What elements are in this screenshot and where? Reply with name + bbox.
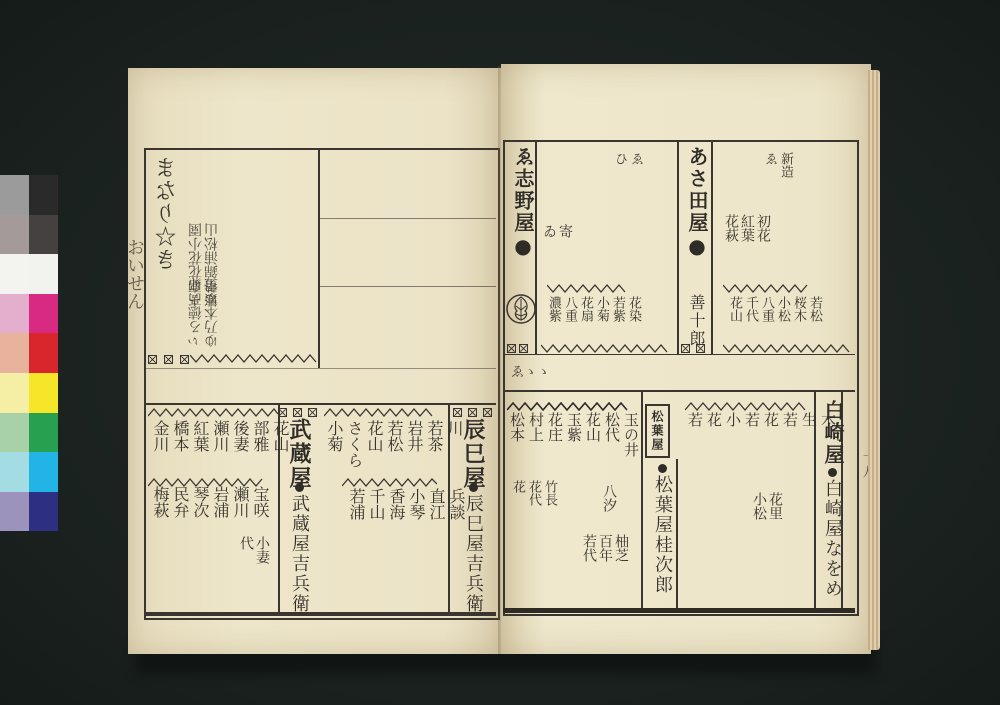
color-patch [29,175,58,215]
color-patch [0,492,29,532]
house-name-shirasakiya: 白崎屋 [819,400,848,466]
upper-house-name: あさ田屋● [683,146,712,260]
color-patch [0,254,29,294]
x-box-ornament [278,408,287,417]
color-patch [29,413,58,453]
x-box-ornament [293,408,302,417]
divider [677,142,679,354]
zigzag-ornament [342,478,437,487]
zigzag-ornament [190,354,318,363]
left-page: まなり☆き ぃろ徳ナ卯ゆ乃本ゆ重 高嘉花花小園繁勢錦浦松山 武蔵屋 武蔵屋吉兵衛… [128,68,501,654]
courtesan-list: 柚芝百年若代 [581,534,629,562]
matsubaya-badge: 松葉屋 [645,404,670,458]
half-circle-mark-icon [658,464,667,473]
paulownia-crest-icon [505,289,537,329]
divider [641,392,643,612]
x-box-ornament [164,355,173,364]
courtesan-list: 若松桜木小松八重千代花山 [726,296,822,322]
courtesan-list: 初花紅葉花萩 [723,214,771,242]
color-patch [0,294,29,334]
zigzag-ornament [685,402,810,411]
color-patch [29,294,58,334]
middle-row-note: ゑゝゝ [511,361,550,380]
divider [503,390,855,392]
courtesan-list: 兵談直江小琴香海千山若浦 [346,488,466,520]
x-box-ornament [453,408,462,417]
courtesan-list: 川若茶岩井若松花山さくら小菊 [324,420,464,468]
divider [503,354,855,355]
divider [676,459,678,612]
courtesan-list: 木生若花若小花若 [685,412,837,427]
right-page-frame [503,140,859,616]
zigzag-ornament [547,284,627,293]
courtesan-list: 小妻代 [238,536,270,564]
proprietor-musashiya: 武蔵屋吉兵衛 [286,483,312,614]
circle-mark-icon [295,483,304,492]
x-box-ornament [308,408,317,417]
upper-house-name: ゑ志野屋● [509,146,538,260]
courtesan-list: 寄ゐ [541,224,573,238]
zigzag-ornament [541,344,671,353]
page-edges [868,70,880,650]
mirrored-house-name: まなり☆き [152,156,183,271]
color-patch [0,175,29,215]
courtesan-list: 花里小松 [751,492,783,520]
color-patch [0,215,29,255]
house-name-matsubaya: 松葉屋 [649,410,666,452]
color-patch [0,452,29,492]
x-box-ornament [519,344,528,353]
marginalia: おいせん [126,238,142,310]
color-patch [29,215,58,255]
color-calibration-target [0,175,58,532]
courtesan-list: 八汐 [601,484,617,512]
color-patch [29,452,58,492]
color-patch [0,373,29,413]
x-box-ornament [681,344,690,353]
x-box-ornament [180,355,189,364]
zigzag-ornament [148,478,263,487]
divider [318,286,496,287]
x-box-ornament [148,355,157,364]
divider [318,218,496,219]
color-patch [0,413,29,453]
courtesan-list: 花染若紫小菊花扇八重濃紫 [545,296,641,322]
color-patch [29,373,58,413]
x-box-ornament [507,344,516,353]
divider [144,368,496,369]
proprietor-matsubaya: 松葉屋桂次郎 [649,464,675,595]
zigzag-ornament [324,408,434,417]
color-patch [29,254,58,294]
color-patch [29,492,58,532]
proprietor-upper: 善十郎 [685,294,708,348]
zigzag-ornament [148,408,278,417]
open-book: まなり☆き ぃろ徳ナ卯ゆ乃本ゆ重 高嘉花花小園繁勢錦浦松山 武蔵屋 武蔵屋吉兵衛… [128,64,880,654]
color-patch [29,333,58,373]
proprietor-shirasakiya: 白崎屋なをめ [819,468,845,599]
circle-mark-icon [469,483,478,492]
mirrored-courtesan-list: 高嘉花花小園繁勢錦浦松山 [188,223,220,307]
right-page: ゑ志野屋● あさ田屋● ゑひ 新造ゑ 寄ゐ 初花紅葉花萩 花染若紫小菊花扇八重濃… [501,64,871,654]
x-box-ornament [696,344,705,353]
x-box-ornament [468,408,477,417]
bottom-rule [503,608,855,613]
courtesan-list: 玉の井松代花山玉紫花庄村上松本 [507,412,640,457]
zigzag-ornament [723,344,853,353]
bottom-rule [144,612,496,616]
half-circle-mark-icon [828,468,837,477]
courtesan-list: 花山部雅後妻瀬川紅葉橋本金川 [150,420,290,452]
courtesan-list: 竹長花代花 [509,480,557,506]
color-patch [0,333,29,373]
upper-note: ゑひ [611,152,643,165]
divider [318,150,320,368]
zigzag-ornament [507,402,632,411]
zigzag-ornament [723,284,808,293]
x-box-ornament [483,408,492,417]
divider [144,403,496,405]
upper-note: 新造ゑ [761,152,793,178]
courtesan-list: 宝咲瀬川岩浦琴次民弁梅萩 [150,486,270,518]
